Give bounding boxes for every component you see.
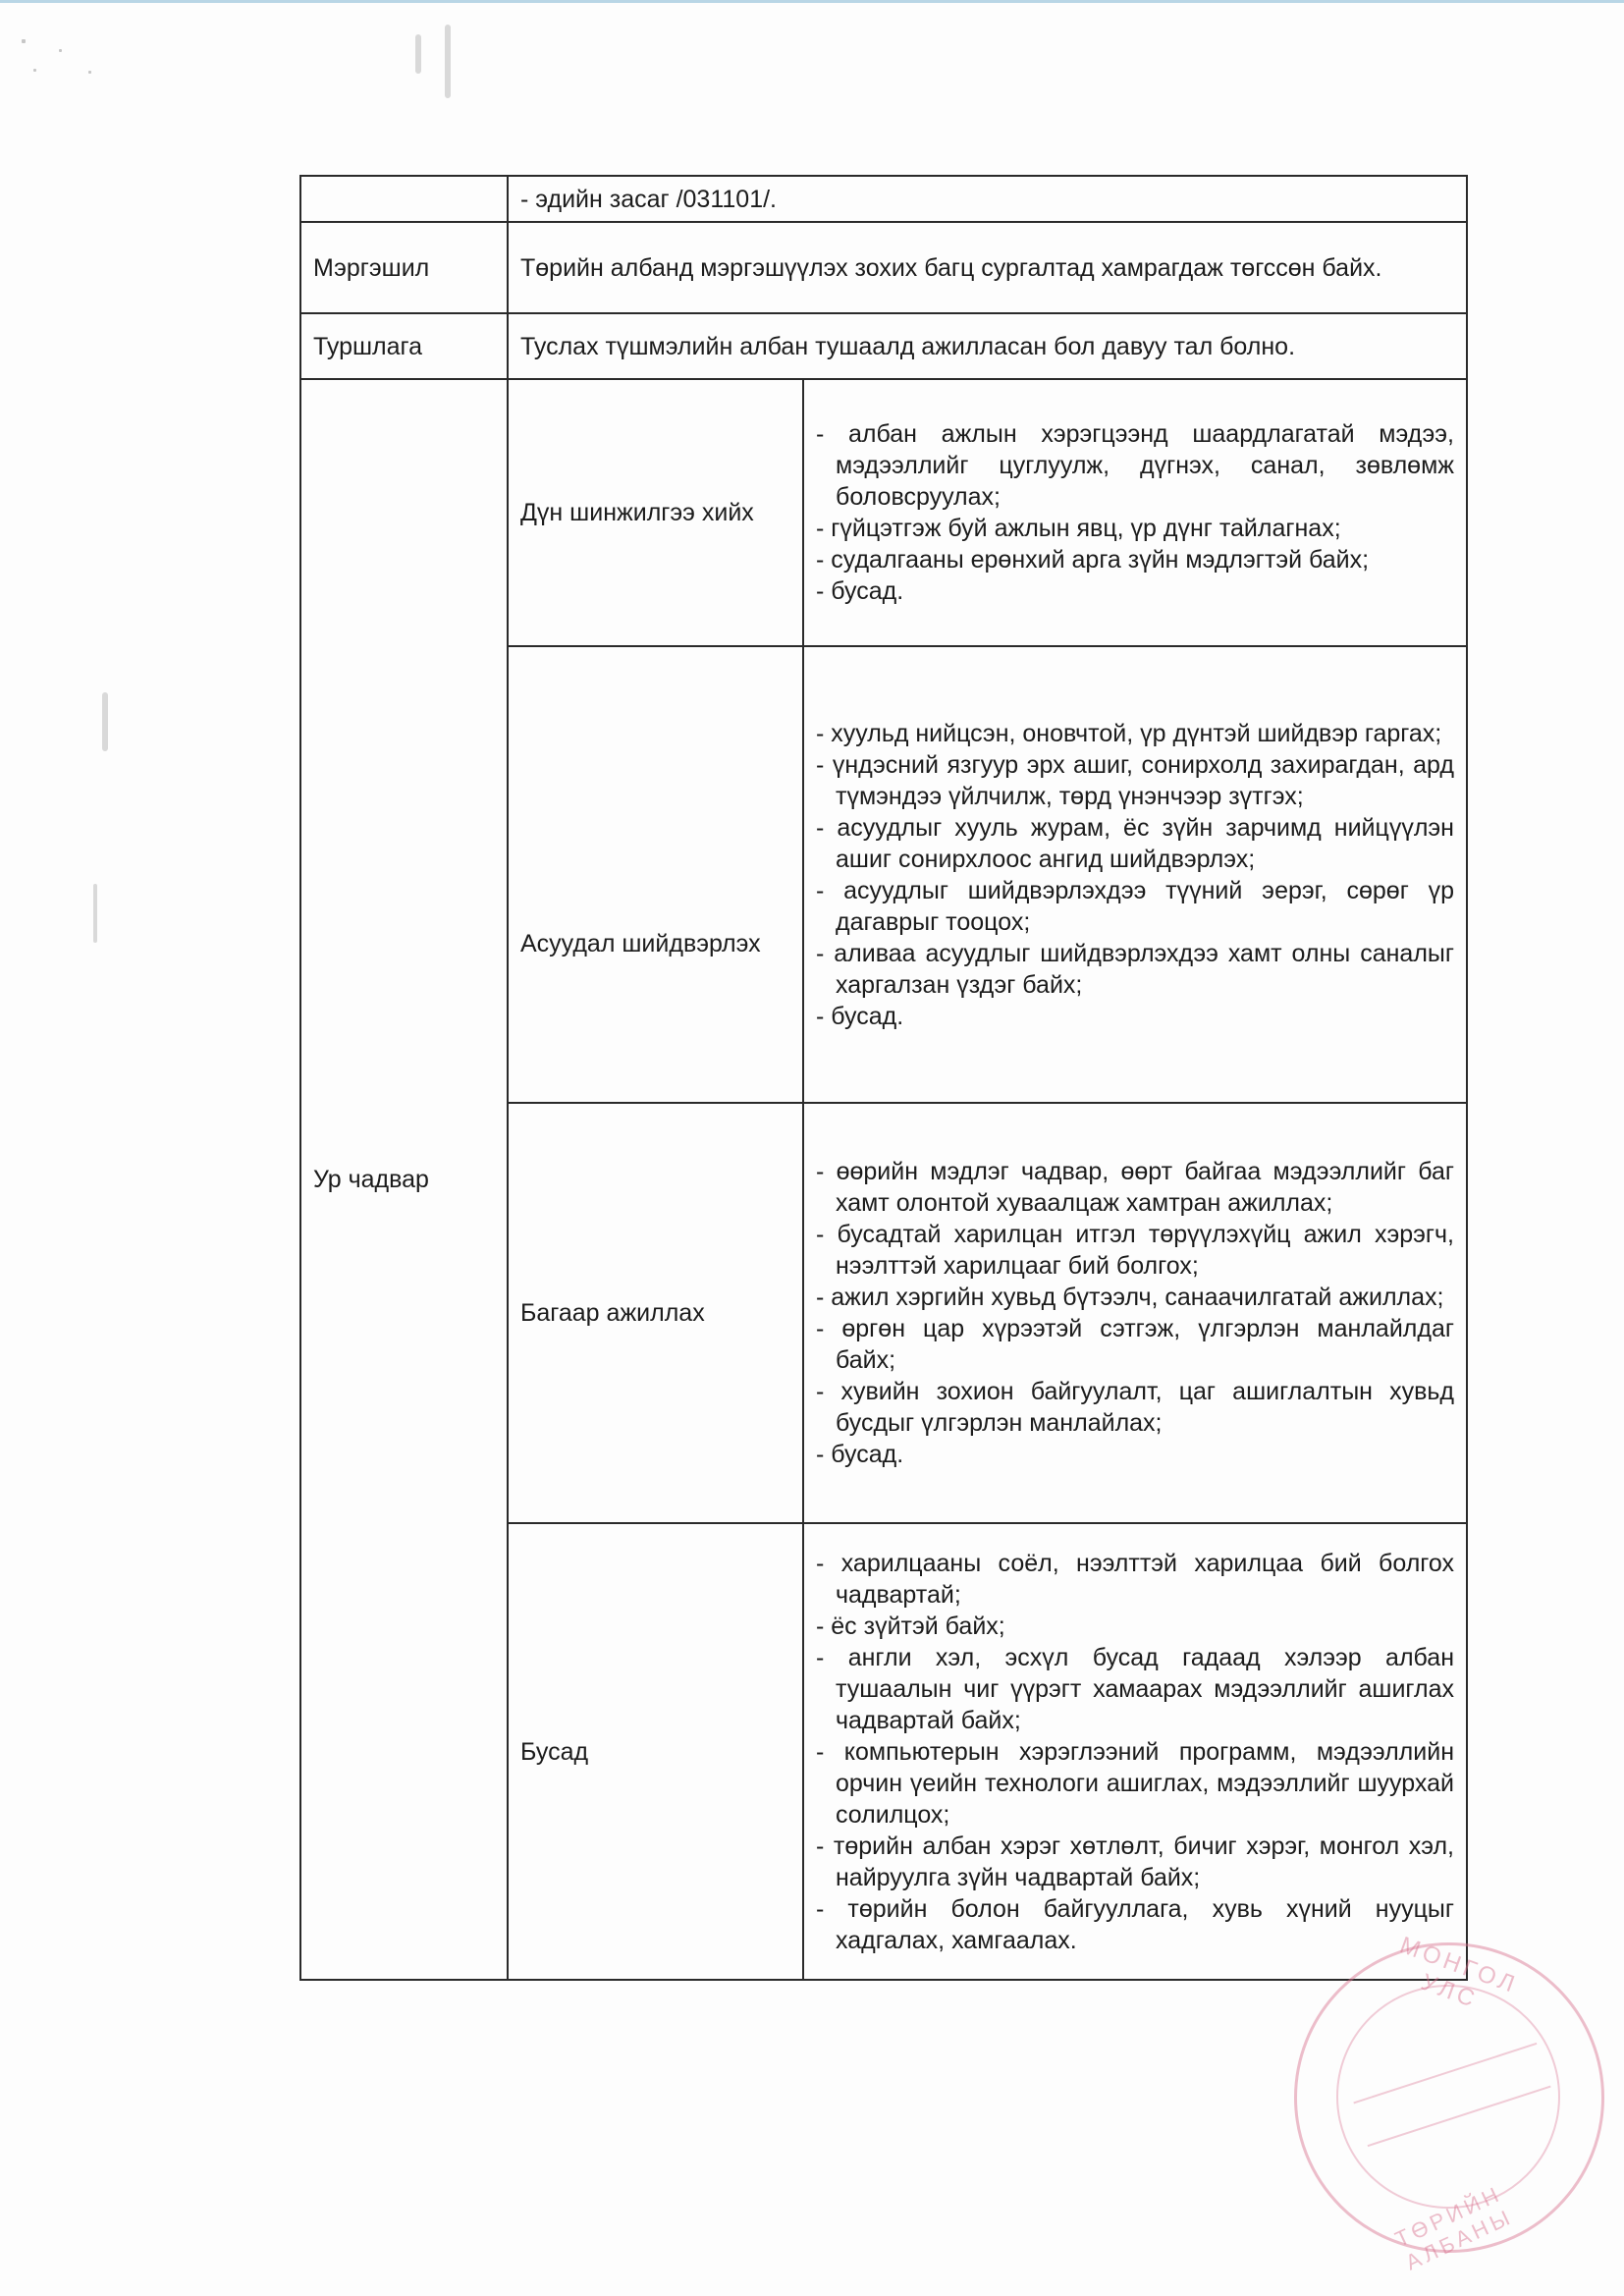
skill-item: компьютерын хэрэглээний программ, мэдээл… [816, 1736, 1454, 1831]
skill-item: өргөн цар хүрээтэй сэтгэж, үлгэрлэн манл… [816, 1313, 1454, 1376]
row-label: Туршлага [300, 313, 508, 379]
skill-group-name: Бусад [508, 1523, 803, 1980]
row-value: - эдийн засаг /031101/. [508, 176, 1467, 222]
row-label [300, 176, 508, 222]
skill-group-name: Багаар ажиллах [508, 1103, 803, 1523]
scan-smudge [93, 884, 97, 943]
skill-item: бусадтай харилцан итгэл төрүүлэхүйц ажил… [816, 1219, 1454, 1282]
official-seal-stamp: МОНГОЛ УЛС ТӨРИЙН АЛБАНЫ [1294, 1942, 1604, 2253]
row-value: Туслах түшмэлийн албан тушаалд ажилласан… [508, 313, 1467, 379]
scan-speck [33, 69, 36, 72]
skill-item: төрийн болон байгууллага, хувь хүний нуу… [816, 1893, 1454, 1956]
skill-item: англи хэл, эсхүл бусад гадаад хэлээр алб… [816, 1642, 1454, 1736]
skill-item-list: албан ажлын хэрэгцээнд шаардлагатай мэдэ… [816, 407, 1454, 619]
scan-edge [0, 0, 1624, 3]
skill-group-items: өөрийн мэдлэг чадвар, өөрт байгаа мэдээл… [803, 1103, 1467, 1523]
skill-item: аливаа асуудлыг шийдвэрлэхдээ хамт олны … [816, 938, 1454, 1001]
table-row-experience: Туршлага Туслах түшмэлийн албан тушаалд … [300, 313, 1467, 379]
table-row-skills-analysis: Ур чадвар Дүн шинжилгээ хийх албан ажлын… [300, 379, 1467, 646]
skill-group-name: Дүн шинжилгээ хийх [508, 379, 803, 646]
skill-item: асуудлыг хууль журам, ёс зүйн зарчимд ни… [816, 812, 1454, 875]
skill-group-items: албан ажлын хэрэгцээнд шаардлагатай мэдэ… [803, 379, 1467, 646]
skill-group-items: хуульд нийцсэн, оновчтой, үр дүнтэй шийд… [803, 646, 1467, 1103]
skill-item-list: хуульд нийцсэн, оновчтой, үр дүнтэй шийд… [816, 706, 1454, 1044]
scan-smudge [445, 25, 451, 98]
skill-item: ёс зүйтэй байх; [816, 1611, 1454, 1642]
scan-speck [22, 39, 26, 43]
row-label: Мэргэшил [300, 222, 508, 313]
skill-item: бусад. [816, 1439, 1454, 1470]
skill-item: бусад. [816, 1001, 1454, 1032]
skill-item: албан ажлын хэрэгцээнд шаардлагатай мэдэ… [816, 418, 1454, 513]
skill-item: үндэсний язгуур эрх ашиг, сонирхолд захи… [816, 749, 1454, 812]
skill-item-list: өөрийн мэдлэг чадвар, өөрт байгаа мэдээл… [816, 1144, 1454, 1482]
table-row-specialization: Мэргэшил Төрийн албанд мэргэшүүлэх зохих… [300, 222, 1467, 313]
skill-item: хувийн зохион байгуулалт, цаг ашиглалтын… [816, 1376, 1454, 1439]
skill-item: харилцааны соёл, нээлттэй харилцаа бий б… [816, 1548, 1454, 1611]
skill-item: төрийн албан хэрэг хөтлөлт, бичиг хэрэг,… [816, 1831, 1454, 1893]
scan-speck [88, 71, 91, 74]
skill-item: хуульд нийцсэн, оновчтой, үр дүнтэй шийд… [816, 718, 1454, 749]
skill-item: гүйцэтгэж буй ажлын явц, үр дүнг тайлагн… [816, 513, 1454, 544]
scan-smudge [415, 34, 421, 74]
skill-item: өөрийн мэдлэг чадвар, өөрт байгаа мэдээл… [816, 1156, 1454, 1219]
table-row-continuation: - эдийн засаг /031101/. [300, 176, 1467, 222]
requirements-table: - эдийн засаг /031101/. Мэргэшил Төрийн … [299, 175, 1468, 1981]
skill-item: судалгааны ерөнхий арга зүйн мэдлэгтэй б… [816, 544, 1454, 575]
row-value: Төрийн албанд мэргэшүүлэх зохих багц сур… [508, 222, 1467, 313]
skill-item-list: харилцааны соёл, нээлттэй харилцаа бий б… [816, 1536, 1454, 1968]
skill-group-name: Асуудал шийдвэрлэх [508, 646, 803, 1103]
skill-item: асуудлыг шийдвэрлэхдээ түүний эерэг, сөр… [816, 875, 1454, 938]
skill-item: бусад. [816, 575, 1454, 607]
skill-group-items: харилцааны соёл, нээлттэй харилцаа бий б… [803, 1523, 1467, 1980]
scan-speck [59, 49, 62, 52]
skills-label: Ур чадвар [300, 379, 508, 1980]
skill-item: ажил хэргийн хувьд бүтээлч, санаачилгата… [816, 1282, 1454, 1313]
scan-smudge [102, 692, 108, 751]
